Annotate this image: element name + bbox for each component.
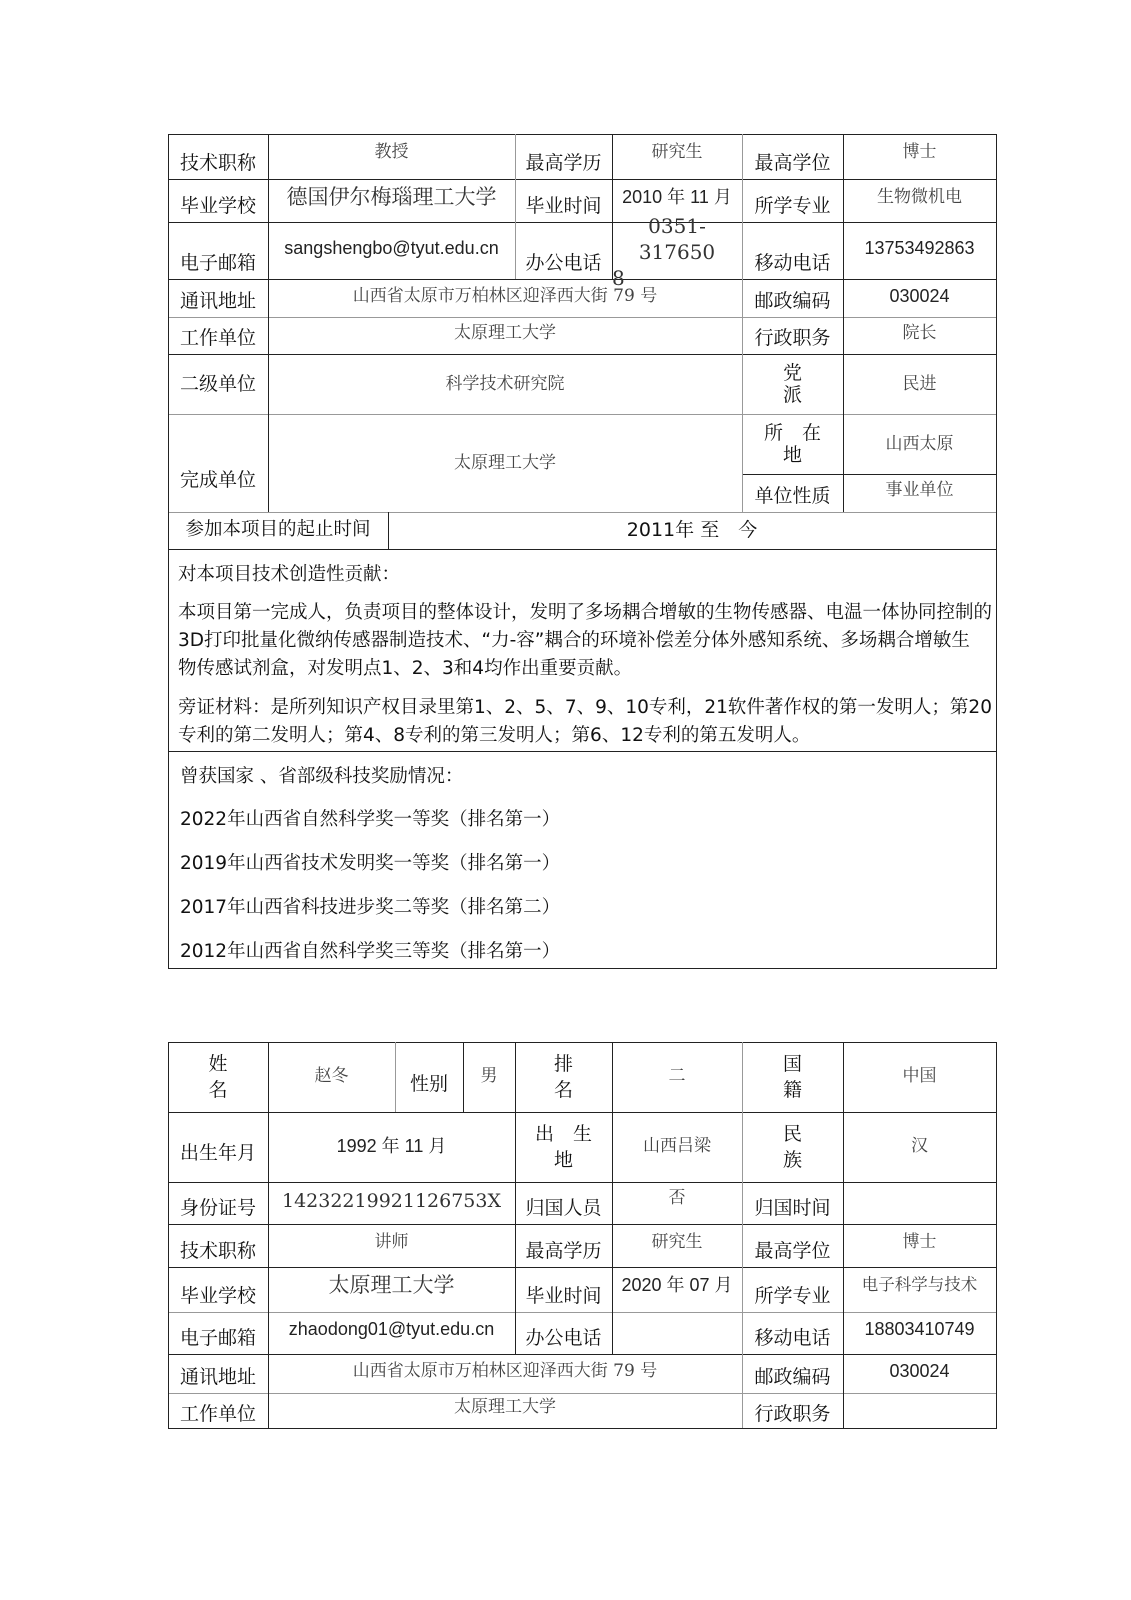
label-participation-period: 参加本项目的起止时间 [168, 512, 388, 549]
table-border [996, 134, 997, 968]
label-name-line-1: 姓 [208, 1051, 227, 1077]
label-highest-education: 最高学历 [515, 1224, 612, 1267]
label-mobile-phone: 移动电话 [742, 1312, 843, 1354]
value-returnee: 否 [612, 1182, 742, 1224]
label-nationality-line-2: 籍 [783, 1077, 802, 1103]
value-title: 教授 [268, 134, 515, 179]
label-postcode: 邮政编码 [742, 1354, 843, 1393]
value-highest-degree: 博士 [843, 134, 996, 179]
label-school: 毕业学校 [168, 1267, 268, 1312]
label-mobile-phone: 移动电话 [742, 222, 843, 279]
label-id-number: 身份证号 [168, 1182, 268, 1224]
label-employer: 工作单位 [168, 1393, 268, 1428]
value-employer: 太原理工大学 [268, 1393, 742, 1428]
label-return-time: 归国时间 [742, 1182, 843, 1224]
label-unit-nature: 单位性质 [742, 474, 843, 512]
evidence-line: 旁证材料：是所列知识产权目录里第1、2、5、7、9、10专利，21软件著作权的第… [178, 693, 992, 723]
label-graduation-time: 毕业时间 [515, 179, 612, 222]
label-ethnicity-line-1: 民 [783, 1121, 802, 1147]
label-birthplace-line-1: 出 生 [535, 1121, 592, 1147]
value-participation-period: 2011年 至 今 [388, 512, 996, 549]
label-major: 所学专业 [742, 1267, 843, 1312]
label-rank: 排 名 [515, 1042, 612, 1112]
label-highest-degree: 最高学位 [742, 134, 843, 179]
value-nationality: 中国 [843, 1042, 996, 1112]
value-sub-unit: 科学技术研究院 [268, 354, 742, 414]
award-item: 2012年山西省自然科学奖三等奖（排名第一） [180, 937, 560, 967]
label-school: 毕业学校 [168, 179, 268, 222]
label-title: 技术职称 [168, 134, 268, 179]
label-name-line-2: 名 [208, 1077, 227, 1103]
value-unit-nature: 事业单位 [843, 474, 996, 512]
label-email: 电子邮箱 [168, 1312, 268, 1354]
value-major: 生物微机电 [843, 179, 996, 222]
label-location: 所 在 地 [742, 414, 843, 474]
table-border [168, 1428, 997, 1429]
label-birth-date: 出生年月 [168, 1112, 268, 1182]
awards-heading: 曾获国家 、省部级科技奖励情况： [180, 762, 463, 792]
label-party: 党 派 [742, 354, 843, 414]
label-office-phone: 办公电话 [515, 222, 612, 279]
value-employer: 太原理工大学 [268, 317, 742, 354]
label-address: 通讯地址 [168, 1354, 268, 1393]
contribution-line: 物传感试剂盒，对发明点1、2、3和4均作出重要贡献。 [178, 654, 632, 684]
value-completion-unit: 太原理工大学 [268, 414, 742, 512]
value-return-time [843, 1182, 996, 1224]
award-item: 2019年山西省技术发明奖一等奖（排名第一） [180, 849, 560, 879]
label-nationality-line-1: 国 [783, 1051, 802, 1077]
label-admin-post: 行政职务 [742, 1393, 843, 1428]
value-school: 德国伊尔梅瑙理工大学 [268, 179, 515, 222]
table-border [996, 1042, 997, 1428]
value-ethnicity: 汉 [843, 1112, 996, 1182]
evidence-line: 专利的第二发明人；第4、8专利的第三发明人；第6、12专利的第五发明人。 [178, 721, 810, 751]
label-rank-line-2: 名 [554, 1077, 573, 1103]
value-title: 讲师 [268, 1224, 515, 1267]
value-email: sangshengbo@tyut.edu.cn [268, 222, 515, 279]
value-birthplace: 山西吕梁 [612, 1112, 742, 1182]
value-graduation-time: 2020 年 07 月 [612, 1267, 742, 1312]
label-returnee: 归国人员 [515, 1182, 612, 1224]
label-email: 电子邮箱 [168, 222, 268, 279]
value-highest-degree: 博士 [843, 1224, 996, 1267]
value-school: 太原理工大学 [268, 1267, 515, 1312]
label-name: 姓 名 [168, 1042, 268, 1112]
value-postcode: 030024 [843, 279, 996, 317]
award-item: 2022年山西省自然科学奖一等奖（排名第一） [180, 805, 560, 835]
label-employer: 工作单位 [168, 317, 268, 354]
value-address: 山西省太原市万柏林区迎泽西大街 79 号 [268, 279, 742, 317]
label-admin-post: 行政职务 [742, 317, 843, 354]
table-border [168, 549, 997, 550]
label-major: 所学专业 [742, 179, 843, 222]
label-title: 技术职称 [168, 1224, 268, 1267]
label-graduation-time: 毕业时间 [515, 1267, 612, 1312]
value-address: 山西省太原市万柏林区迎泽西大街 79 号 [268, 1354, 742, 1393]
label-party-line-1: 党 [783, 362, 802, 384]
contribution-heading: 对本项目技术创造性贡献： [178, 560, 400, 590]
value-party: 民进 [843, 354, 996, 414]
value-email: zhaodong01@tyut.edu.cn [268, 1312, 515, 1354]
office-phone-line-1: 0351-317650 [612, 213, 742, 265]
value-name: 赵冬 [268, 1042, 395, 1112]
value-mobile-phone: 13753492863 [843, 222, 996, 279]
label-party-line-2: 派 [783, 384, 802, 406]
label-address: 通讯地址 [168, 279, 268, 317]
label-birthplace-line-2: 地 [554, 1147, 573, 1173]
label-postcode: 邮政编码 [742, 279, 843, 317]
label-gender: 性别 [395, 1042, 463, 1112]
award-item: 2017年山西省科技进步奖二等奖（排名第二） [180, 893, 560, 923]
label-completion-unit: 完成单位 [168, 414, 268, 512]
value-id-number: 14232219921126753X [268, 1182, 515, 1224]
value-highest-education: 研究生 [612, 134, 742, 179]
value-major: 电子科学与技术 [843, 1267, 996, 1312]
value-rank: 二 [612, 1042, 742, 1112]
value-location: 山西太原 [843, 414, 996, 474]
value-office-phone: 0351-317650 8 [612, 222, 742, 279]
value-mobile-phone: 18803410749 [843, 1312, 996, 1354]
label-highest-degree: 最高学位 [742, 1224, 843, 1267]
label-ethnicity-line-2: 族 [783, 1147, 802, 1173]
value-admin-post [843, 1393, 996, 1428]
label-ethnicity: 民 族 [742, 1112, 843, 1182]
value-highest-education: 研究生 [612, 1224, 742, 1267]
label-highest-education: 最高学历 [515, 134, 612, 179]
value-postcode: 030024 [843, 1354, 996, 1393]
value-office-phone [612, 1312, 742, 1354]
value-admin-post: 院长 [843, 317, 996, 354]
label-rank-line-1: 排 [554, 1051, 573, 1077]
table-border [168, 968, 997, 969]
label-location-line-2: 地 [783, 444, 802, 466]
table-border [168, 751, 997, 752]
label-location-line-1: 所 在 [764, 422, 821, 444]
value-birth-date: 1992 年 11 月 [268, 1112, 515, 1182]
label-office-phone: 办公电话 [515, 1312, 612, 1354]
contribution-line: 3D打印批量化微纳传感器制造技术、“力-容”耦合的环境补偿差分体外感知系统、多场… [178, 626, 970, 656]
value-gender: 男 [463, 1042, 515, 1112]
label-birthplace: 出 生 地 [515, 1112, 612, 1182]
contribution-line: 本项目第一完成人，负责项目的整体设计，发明了多场耦合增敏的生物传感器、电温一体协… [178, 598, 992, 628]
label-nationality: 国 籍 [742, 1042, 843, 1112]
label-sub-unit: 二级单位 [168, 354, 268, 414]
